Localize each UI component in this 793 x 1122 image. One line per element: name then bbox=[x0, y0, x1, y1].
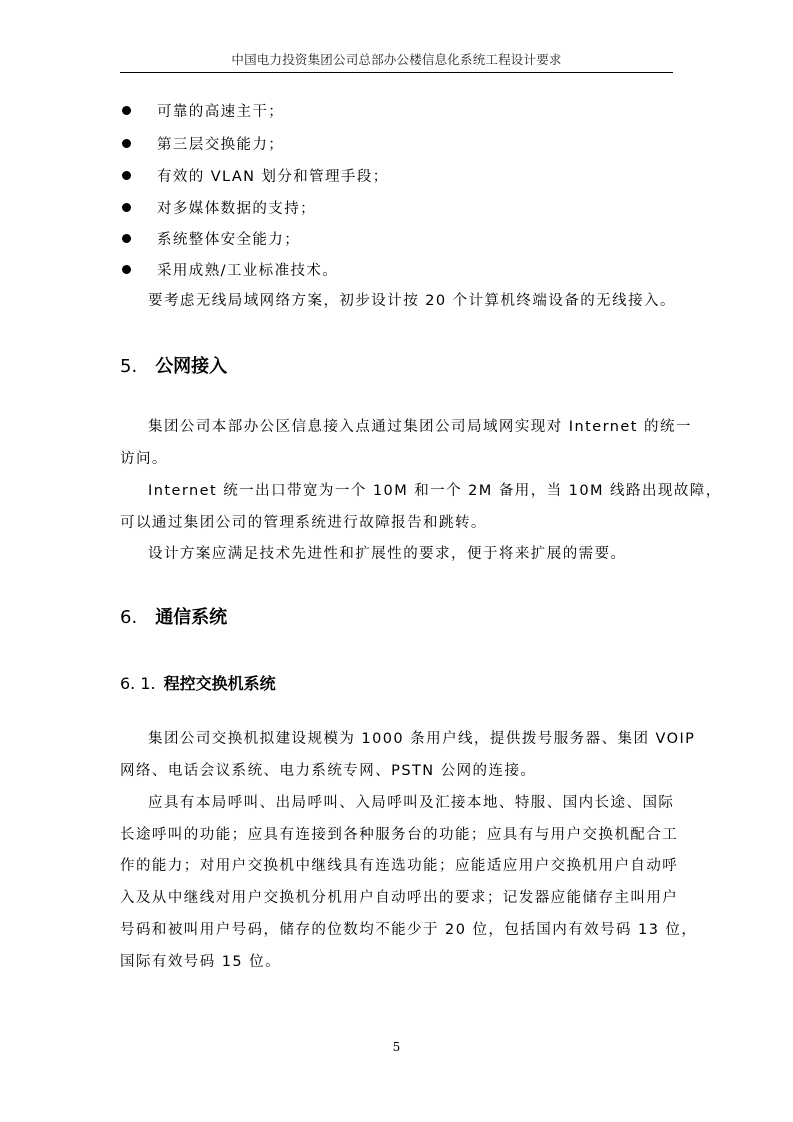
bullet-icon bbox=[122, 171, 131, 180]
section-6-heading: 6.通信系统 bbox=[120, 603, 227, 629]
paragraph-line: 集团公司交换机拟建设规模为 1000 条用户线，提供拨号服务器、集团 VOIP bbox=[148, 727, 695, 748]
list-item: 采用成熟/工业标准技术。 bbox=[122, 259, 338, 279]
page-number: 5 bbox=[0, 1040, 793, 1054]
paragraph-line: 访问。 bbox=[120, 447, 168, 468]
section-5-heading: 5.公网接入 bbox=[120, 352, 227, 378]
paragraph-line: 设计方案应满足技术先进性和扩展性的要求，便于将来扩展的需要。 bbox=[148, 542, 627, 563]
header-divider bbox=[120, 72, 673, 73]
paragraph-line: 长途呼叫的功能；应具有连接到各种服务台的功能；应具有与用户交换机配合工 bbox=[120, 823, 678, 844]
bullet-icon bbox=[122, 106, 131, 115]
list-item: 系统整体安全能力； bbox=[122, 228, 300, 248]
section-title: 公网接入 bbox=[155, 356, 227, 377]
section-number: 6. bbox=[120, 607, 137, 628]
subsection-title: 程控交换机系统 bbox=[164, 674, 276, 693]
paragraph-line: 应具有本局呼叫、出局呼叫、入局呼叫及汇接本地、特服、国内长途、国际 bbox=[148, 791, 674, 812]
paragraph-line: 号码和被叫用户号码，储存的位数均不能少于 20 位，包括国内有效号码 13 位， bbox=[120, 918, 697, 939]
paragraph-line: 入及从中继线对用户交换机分机用户自动呼出的要求；记发器应能储存主叫用户 bbox=[120, 886, 678, 907]
bullet-icon bbox=[122, 265, 131, 274]
subsection-6-1-heading: 6. 1.程控交换机系统 bbox=[120, 671, 276, 694]
paragraph-line: 集团公司本部办公区信息接入点通过集团公司局域网实现对 Internet 的统一 bbox=[148, 415, 692, 436]
paragraph-line: 可以通过集团公司的管理系统进行故障报告和跳转。 bbox=[120, 511, 487, 532]
section-title: 通信系统 bbox=[155, 607, 227, 628]
paragraph-line: 国际有效号码 15 位。 bbox=[120, 950, 281, 971]
paragraph-line: 作的能力；对用户交换机中继线具有连选功能；应能适应用户交换机用户自动呼 bbox=[120, 854, 678, 875]
paragraph-line: 网络、电话会议系统、电力系统专网、PSTN 公网的连接。 bbox=[120, 759, 536, 780]
header-title: 中国电力投资集团公司总部办公楼信息化系统工程设计要求 bbox=[120, 50, 673, 68]
paragraph-line: Internet 统一出口带宽为一个 10M 和一个 2M 备用，当 10M 线… bbox=[148, 479, 722, 500]
subsection-number: 6. 1. bbox=[120, 674, 156, 693]
section-number: 5. bbox=[120, 356, 137, 377]
bullet-icon bbox=[122, 139, 131, 148]
list-item: 可靠的高速主干； bbox=[122, 100, 284, 120]
bullet-icon bbox=[122, 234, 131, 243]
bullet-icon bbox=[122, 203, 131, 212]
list-item: 对多媒体数据的支持； bbox=[122, 197, 316, 217]
wireless-paragraph: 要考虑无线局域网络方案，初步设计按 20 个计算机终端设备的无线接入。 bbox=[148, 289, 676, 310]
list-item: 第三层交换能力； bbox=[122, 133, 284, 153]
list-item: 有效的 VLAN 划分和管理手段； bbox=[122, 165, 389, 185]
